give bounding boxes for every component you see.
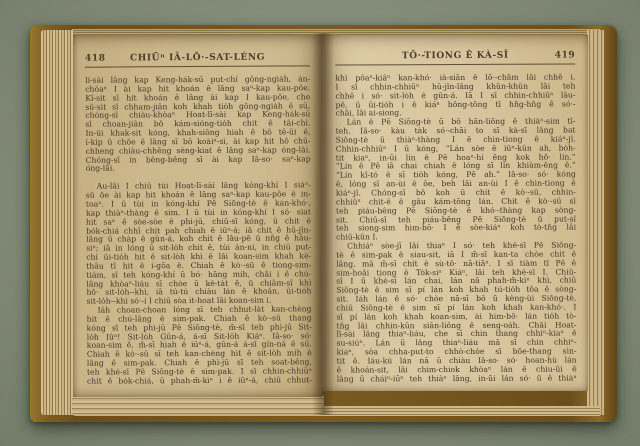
left-header-rule [85,65,310,67]
page-edges-left [41,30,74,415]
text-line: teh siong-sim him-bō· I ê sòe-kiáⁿ koh t… [336,224,576,234]
left-page-number: 418 [85,54,115,64]
paragraph: Chhiáⁿ sòe-jī lâi thiaⁿ I só· teh khé-sī… [336,242,577,385]
left-page-body: lí-sài lâng kap Keng-ha̍k-sū put-chí gôn… [85,75,312,386]
page-edges-bottom-left [72,396,324,416]
left-page: 418 CHIŪⁿ IÂ-LŌ·-SAT-LÉNG lí-sài lâng ka… [73,35,322,397]
paragraph: Āu-lâi I chiū tùi Hoat-lī-sài lâng kóng-… [86,182,312,307]
paragraph: Iáh choan-choan lóng sī teh chhut-la̍t k… [87,305,312,386]
text-line: chi̍t ê bo̍k-chiá, ū phah-m̄-kìⁿ i ê iûⁿ… [87,376,312,386]
photo-background: 418 CHIŪⁿ IÂ-LŌ·-SAT-LÉNG lí-sài lâng ka… [0,0,640,446]
text-line: pē, ū ūi-tio̍h i ê kiáⁿ hông-tōng tī hn̄… [335,100,575,110]
paragraph: lí-sài lâng kap Keng-ha̍k-sū put-chí gôn… [85,75,311,174]
right-page-body: khì pôaⁿ-kiâⁿ kan-khó· ià-siān ê lō·-chā… [335,73,576,384]
paragraph: khì pôaⁿ-kiâⁿ kan-khó· ià-siān ê lō·-chā… [335,73,575,118]
right-running-title: TÔ·-TIONG Ê KÀ-SĪ [365,51,545,62]
right-page: TÔ·-TIONG Ê KÀ-SĪ 419 khì pôaⁿ-kiâⁿ kan-… [322,35,588,391]
right-page-header: TÔ·-TIONG Ê KÀ-SĪ 419 [335,50,575,61]
right-page-number: 419 [545,50,575,60]
book: 418 CHIŪⁿ IÂ-LŌ·-SAT-LÉNG lí-sài lâng ka… [30,25,617,422]
left-running-title: CHIŪⁿ IÂ-LŌ·-SAT-LÉNG [115,52,280,63]
left-page-header: 418 CHIŪⁿ IÂ-LŌ·-SAT-LÉNG [85,52,310,63]
text-line: óng-lâi. [86,164,311,174]
page-edges-bottom-right [324,406,600,416]
right-header-rule [335,63,575,65]
text-line: lâng ū cháiⁿ-iūⁿ teh thiàⁿ lâng, in-ūi l… [337,374,577,384]
paragraph: Lán ê Pē Siōng-tè ū bô hān-liōng ê thiàⁿ… [336,118,577,243]
page-edges-right [587,30,604,415]
